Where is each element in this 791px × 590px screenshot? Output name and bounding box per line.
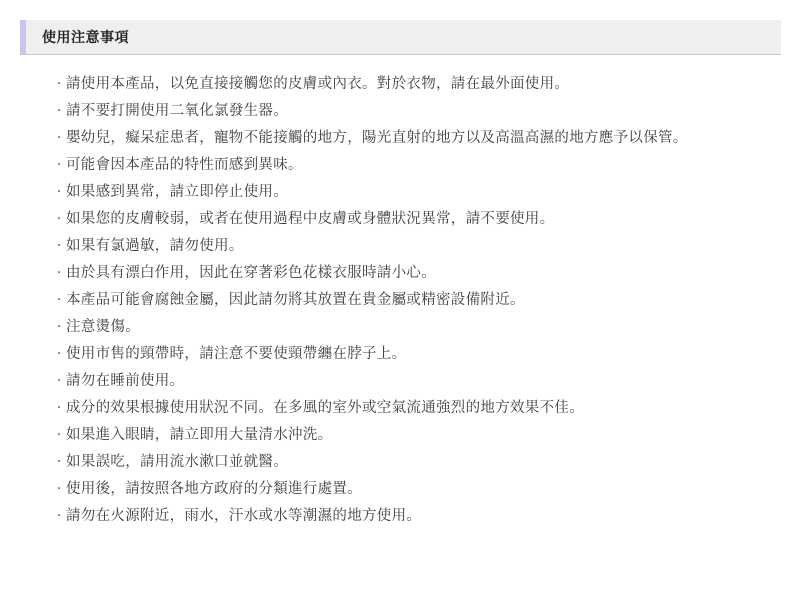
- section-accent-bar: [20, 20, 26, 54]
- section-header: 使用注意事項: [20, 20, 781, 55]
- precautions-list: ·請使用本產品，以免直接接觸您的皮膚或內衣。對於衣物，請在最外面使用。 ·請不要…: [52, 71, 688, 530]
- bullet-icon: ·: [52, 152, 66, 179]
- note-text: 可能會因本產品的特性而感到異味。: [66, 152, 303, 179]
- bullet-icon: ·: [52, 422, 66, 449]
- note-text: 如果進入眼睛，請立即用大量清水沖洗。: [66, 422, 332, 449]
- note-text: 如果感到異常，請立即停止使用。: [66, 179, 288, 206]
- bullet-icon: ·: [52, 233, 66, 260]
- note-text: 請使用本產品，以免直接接觸您的皮膚或內衣。對於衣物，請在最外面使用。: [66, 71, 569, 98]
- bullet-icon: ·: [52, 503, 66, 530]
- list-item: ·使用市售的頸帶時，請注意不要使頸帶纏在脖子上。: [52, 341, 688, 368]
- list-item: ·如果您的皮膚較弱，或者在使用過程中皮膚或身體狀況異常，請不要使用。: [52, 206, 688, 233]
- list-item: ·請不要打開使用二氧化氯發生器。: [52, 98, 688, 125]
- list-item: ·注意燙傷。: [52, 314, 688, 341]
- note-text: 如果有氯過敏，請勿使用。: [66, 233, 244, 260]
- bullet-icon: ·: [52, 314, 66, 341]
- list-item: ·成分的效果根據使用狀況不同。在多風的室外或空氣流通強烈的地方效果不佳。: [52, 395, 688, 422]
- note-text: 成分的效果根據使用狀況不同。在多風的室外或空氣流通強烈的地方效果不佳。: [66, 395, 584, 422]
- bullet-icon: ·: [52, 125, 66, 152]
- list-item: ·如果有氯過敏，請勿使用。: [52, 233, 688, 260]
- list-item: ·如果進入眼睛，請立即用大量清水沖洗。: [52, 422, 688, 449]
- note-text: 請不要打開使用二氧化氯發生器。: [66, 98, 288, 125]
- bullet-icon: ·: [52, 98, 66, 125]
- note-text: 本產品可能會腐蝕金屬，因此請勿將其放置在貴金屬或精密設備附近。: [66, 287, 525, 314]
- list-item: ·請勿在火源附近，雨水，汗水或水等潮濕的地方使用。: [52, 503, 688, 530]
- list-item: ·如果誤吃，請用流水漱口並就醫。: [52, 449, 688, 476]
- note-text: 使用市售的頸帶時，請注意不要使頸帶纏在脖子上。: [66, 341, 406, 368]
- bullet-icon: ·: [52, 368, 66, 395]
- list-item: ·請使用本產品，以免直接接觸您的皮膚或內衣。對於衣物，請在最外面使用。: [52, 71, 688, 98]
- list-item: ·如果感到異常，請立即停止使用。: [52, 179, 688, 206]
- bullet-icon: ·: [52, 179, 66, 206]
- bullet-icon: ·: [52, 476, 66, 503]
- note-text: 使用後，請按照各地方政府的分類進行處置。: [66, 476, 362, 503]
- note-text: 由於具有漂白作用，因此在穿著彩色花樣衣服時請小心。: [66, 260, 436, 287]
- note-text: 嬰幼兒，癡呆症患者，寵物不能接觸的地方，陽光直射的地方以及高溫高濕的地方應予以保…: [66, 125, 688, 152]
- note-text: 請勿在睡前使用。: [66, 368, 184, 395]
- note-text: 請勿在火源附近，雨水，汗水或水等潮濕的地方使用。: [66, 503, 421, 530]
- list-item: ·本產品可能會腐蝕金屬，因此請勿將其放置在貴金屬或精密設備附近。: [52, 287, 688, 314]
- list-item: ·可能會因本產品的特性而感到異味。: [52, 152, 688, 179]
- section-title: 使用注意事項: [42, 27, 129, 47]
- note-text: 注意燙傷。: [66, 314, 140, 341]
- note-text: 如果誤吃，請用流水漱口並就醫。: [66, 449, 288, 476]
- bullet-icon: ·: [52, 206, 66, 233]
- bullet-icon: ·: [52, 395, 66, 422]
- list-item: ·由於具有漂白作用，因此在穿著彩色花樣衣服時請小心。: [52, 260, 688, 287]
- list-item: ·使用後，請按照各地方政府的分類進行處置。: [52, 476, 688, 503]
- bullet-icon: ·: [52, 449, 66, 476]
- bullet-icon: ·: [52, 260, 66, 287]
- list-item: ·請勿在睡前使用。: [52, 368, 688, 395]
- list-item: ·嬰幼兒，癡呆症患者，寵物不能接觸的地方，陽光直射的地方以及高溫高濕的地方應予以…: [52, 125, 688, 152]
- bullet-icon: ·: [52, 71, 66, 98]
- bullet-icon: ·: [52, 287, 66, 314]
- bullet-icon: ·: [52, 341, 66, 368]
- note-text: 如果您的皮膚較弱，或者在使用過程中皮膚或身體狀況異常，請不要使用。: [66, 206, 554, 233]
